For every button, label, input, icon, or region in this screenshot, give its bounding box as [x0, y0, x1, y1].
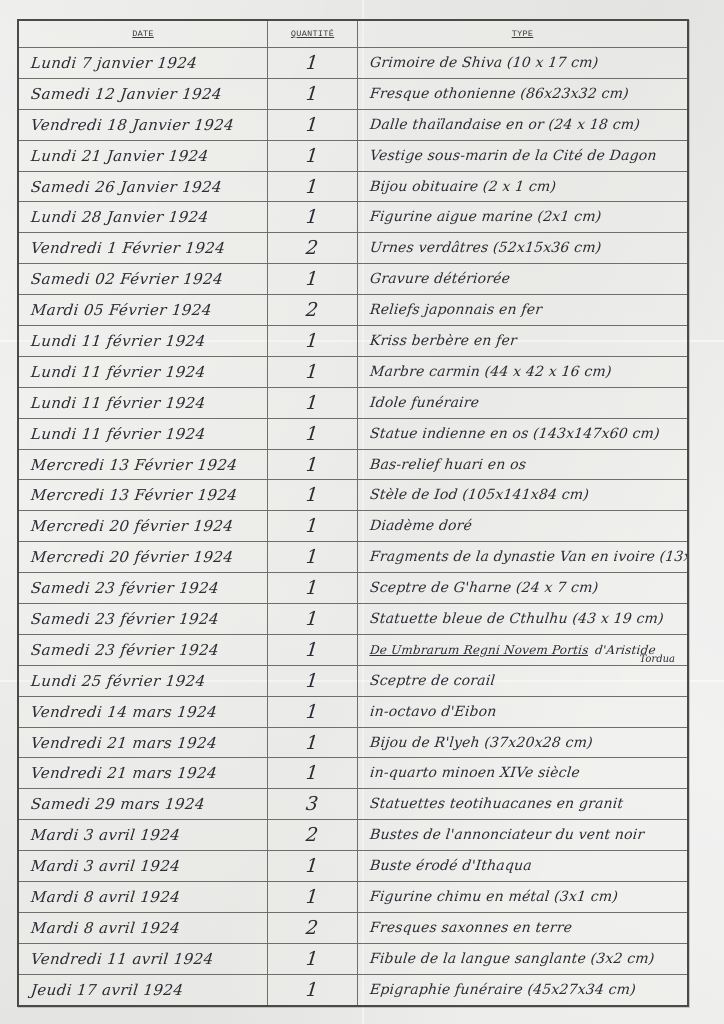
type-text: Epigraphie funéraire (45x27x34 cm): [369, 982, 637, 998]
date-text: Lundi 21 Janvier 1924: [30, 147, 209, 165]
date-text: Lundi 11 février 1924: [30, 363, 206, 381]
quantity-cell: 2: [268, 295, 358, 325]
quantity-text: 1: [305, 948, 319, 970]
quantity-text: 1: [305, 515, 319, 537]
type-cell: in-quarto minoen XIVe siècle: [358, 758, 687, 788]
type-cell: Dalle thaïlandaise en or (24 x 18 cm): [358, 110, 687, 140]
table-row: Samedi 26 Janvier 1924 1 Bijou obituaire…: [19, 171, 687, 202]
table-row: Mardi 3 avril 1924 1 Buste érodé d'Ithaq…: [19, 850, 687, 881]
table-row: Samedi 29 mars 1924 3 Statuettes teotihu…: [19, 788, 687, 819]
date-text: Mercredi 20 février 1924: [30, 548, 234, 566]
quantity-cell: 3: [268, 789, 358, 819]
date-cell: Vendredi 21 mars 1924: [19, 728, 268, 758]
quantity-text: 1: [305, 701, 319, 723]
quantity-cell: 1: [268, 666, 358, 696]
quantity-cell: 1: [268, 542, 358, 572]
date-text: Mardi 3 avril 1924: [30, 857, 181, 875]
type-text: Statuette bleue de Cthulhu (43 x 19 cm): [369, 611, 664, 627]
quantity-text: 1: [305, 330, 319, 352]
date-text: Vendredi 14 mars 1924: [30, 703, 218, 721]
table-row: Vendredi 11 avril 1924 1 Fibule de la la…: [19, 943, 687, 974]
type-text: Fresque othonienne (86x23x32 cm): [369, 86, 629, 102]
quantity-cell: 1: [268, 604, 358, 634]
table-row: Samedi 23 février 1924 1 Sceptre de G'ha…: [19, 572, 687, 603]
type-cell: Figurine aigue marine (2x1 cm): [358, 202, 687, 232]
date-text: Vendredi 21 mars 1924: [30, 734, 218, 752]
date-text: Mardi 8 avril 1924: [30, 919, 181, 937]
quantity-cell: 1: [268, 48, 358, 78]
type-cell: Epigraphie funéraire (45x27x34 cm): [358, 975, 687, 1005]
quantity-text: 1: [305, 979, 319, 1001]
quantity-text: 1: [305, 484, 319, 506]
type-cell: Idole funéraire: [358, 388, 687, 418]
type-text: Bas-relief huari en os: [369, 457, 527, 473]
date-cell: Mercredi 13 Février 1924: [19, 480, 268, 510]
table-row: Mercredi 13 Février 1924 1 Stèle de Iod …: [19, 479, 687, 510]
type-text: Bijou obituaire (2 x 1 cm): [369, 179, 557, 195]
quantity-text: 1: [305, 114, 319, 136]
table-row: Mardi 05 Février 1924 2 Reliefs japonnai…: [19, 294, 687, 325]
type-cell: Gravure détériorée: [358, 264, 687, 294]
quantity-text: 1: [305, 886, 319, 908]
quantity-cell: 1: [268, 758, 358, 788]
type-cell: Kriss berbère en fer: [358, 326, 687, 356]
date-text: Mardi 8 avril 1924: [30, 888, 181, 906]
quantity-text: 2: [305, 237, 319, 259]
quantity-text: 1: [305, 83, 319, 105]
type-cell: De Umbrarum Regni Novem Portis d'Aristid…: [358, 635, 687, 665]
type-text: Statuettes teotihuacanes en granit: [369, 796, 624, 812]
quantity-cell: 1: [268, 79, 358, 109]
table-row: Mardi 3 avril 1924 2 Bustes de l'annonci…: [19, 819, 687, 850]
date-cell: Samedi 26 Janvier 1924: [19, 172, 268, 202]
table-row: Mercredi 20 février 1924 1 Fragments de …: [19, 541, 687, 572]
date-cell: Mardi 05 Février 1924: [19, 295, 268, 325]
date-cell: Vendredi 1 Février 1924: [19, 233, 268, 263]
type-text: Idole funéraire: [369, 395, 480, 411]
date-cell: Samedi 02 Février 1924: [19, 264, 268, 294]
type-cell: Diadème doré: [358, 511, 687, 541]
type-text: in-octavo d'Eibon: [369, 704, 497, 720]
type-cell: Marbre carmin (44 x 42 x 16 cm): [358, 357, 687, 387]
type-cell: Bas-relief huari en os: [358, 450, 687, 480]
type-text: Sceptre de corail: [369, 673, 496, 689]
type-cell: Bijou de R'lyeh (37x20x28 cm): [358, 728, 687, 758]
quantity-text: 1: [305, 145, 319, 167]
quantity-text: 2: [305, 917, 319, 939]
type-cell: Fresques saxonnes en terre: [358, 913, 687, 943]
quantity-cell: 1: [268, 573, 358, 603]
quantity-cell: 2: [268, 913, 358, 943]
quantity-cell: 1: [268, 697, 358, 727]
quantity-text: 1: [305, 670, 319, 692]
type-cell: Stèle de Iod (105x141x84 cm): [358, 480, 687, 510]
type-text: Fibule de la langue sanglante (3x2 cm): [369, 951, 655, 967]
table-row: Mercredi 20 février 1924 1 Diadème doré: [19, 510, 687, 541]
quantity-cell: 1: [268, 202, 358, 232]
type-cell: Fragments de la dynastie Van en ivoire (…: [358, 542, 687, 572]
table-row: Lundi 11 février 1924 1 Kriss berbère en…: [19, 325, 687, 356]
type-text: Fragments de la dynastie Van en ivoire (…: [369, 549, 687, 565]
table-row: Lundi 11 février 1924 1 Statue indienne …: [19, 418, 687, 449]
date-text: Samedi 29 mars 1924: [30, 795, 206, 813]
date-text: Lundi 7 janvier 1924: [30, 54, 198, 72]
type-text: Figurine chimu en métal (3x1 cm): [369, 889, 619, 905]
table-row: Lundi 7 janvier 1924 1 Grimoire de Shiva…: [19, 47, 687, 78]
date-cell: Vendredi 18 Janvier 1924: [19, 110, 268, 140]
type-text: Buste érodé d'Ithaqua: [369, 858, 532, 874]
quantity-cell: 2: [268, 233, 358, 263]
type-text: Grimoire de Shiva (10 x 17 cm): [369, 55, 599, 71]
quantity-text: 1: [305, 639, 319, 661]
column-header-type: TYPE: [358, 21, 687, 47]
table-row: Lundi 28 Janvier 1924 1 Figurine aigue m…: [19, 201, 687, 232]
type-cell: Bijou obituaire (2 x 1 cm): [358, 172, 687, 202]
quantity-cell: 1: [268, 851, 358, 881]
type-text: Statue indienne en os (143x147x60 cm): [369, 426, 660, 442]
date-cell: Lundi 11 février 1924: [19, 326, 268, 356]
type-cell: in-octavo d'Eibon: [358, 697, 687, 727]
date-cell: Lundi 11 février 1924: [19, 419, 268, 449]
type-cell: Reliefs japonnais en fer: [358, 295, 687, 325]
inventory-table: DATE QUANTITÉ TYPE Lundi 7 janvier 1924 …: [17, 19, 689, 1007]
date-cell: Vendredi 21 mars 1924: [19, 758, 268, 788]
date-text: Lundi 25 février 1924: [30, 672, 206, 690]
quantity-cell: 1: [268, 882, 358, 912]
type-cell: Urnes verdâtres (52x15x36 cm): [358, 233, 687, 263]
quantity-cell: 1: [268, 326, 358, 356]
table-row: Mardi 8 avril 1924 2 Fresques saxonnes e…: [19, 912, 687, 943]
table-row: Jeudi 17 avril 1924 1 Epigraphie funérai…: [19, 974, 687, 1005]
table-row: Vendredi 21 mars 1924 1 Bijou de R'lyeh …: [19, 727, 687, 758]
table-row: Vendredi 21 mars 1924 1 in-quarto minoen…: [19, 757, 687, 788]
type-cell: Bustes de l'annonciateur du vent noir: [358, 820, 687, 850]
quantity-cell: 1: [268, 264, 358, 294]
type-cell: Fresque othonienne (86x23x32 cm): [358, 79, 687, 109]
quantity-text: 1: [305, 608, 319, 630]
column-header-quantity: QUANTITÉ: [268, 21, 358, 47]
date-text: Samedi 26 Janvier 1924: [30, 178, 223, 196]
type-text: Vestige sous-marin de la Cité de Dagon: [369, 148, 657, 164]
quantity-text: 1: [305, 855, 319, 877]
quantity-cell: 1: [268, 357, 358, 387]
date-cell: Vendredi 11 avril 1924: [19, 944, 268, 974]
type-cell: Statuettes teotihuacanes en granit: [358, 789, 687, 819]
type-text: Fresques saxonnes en terre: [369, 920, 573, 936]
type-text: in-quarto minoen XIVe siècle: [369, 765, 581, 781]
quantity-cell: 1: [268, 635, 358, 665]
type-cell: Fibule de la langue sanglante (3x2 cm): [358, 944, 687, 974]
table-row: Mardi 8 avril 1924 1 Figurine chimu en m…: [19, 881, 687, 912]
date-text: Mercredi 13 Février 1924: [30, 456, 238, 474]
date-text: Vendredi 18 Janvier 1924: [30, 116, 235, 134]
quantity-text: 1: [305, 454, 319, 476]
quantity-cell: 1: [268, 110, 358, 140]
type-cell: Figurine chimu en métal (3x1 cm): [358, 882, 687, 912]
type-text: Marbre carmin (44 x 42 x 16 cm): [369, 364, 612, 380]
date-text: Vendredi 11 avril 1924: [30, 950, 214, 968]
table-row: Vendredi 14 mars 1924 1 in-octavo d'Eibo…: [19, 696, 687, 727]
quantity-text: 1: [305, 732, 319, 754]
date-cell: Samedi 29 mars 1924: [19, 789, 268, 819]
table-row: Samedi 12 Janvier 1924 1 Fresque othonie…: [19, 78, 687, 109]
date-cell: Mercredi 20 février 1924: [19, 511, 268, 541]
table-header: DATE QUANTITÉ TYPE: [19, 21, 687, 47]
type-text: De Umbrarum Regni Novem Portis: [369, 643, 589, 657]
table-row: Vendredi 18 Janvier 1924 1 Dalle thaïlan…: [19, 109, 687, 140]
date-cell: Vendredi 14 mars 1924: [19, 697, 268, 727]
date-cell: Lundi 7 janvier 1924: [19, 48, 268, 78]
date-cell: Samedi 23 février 1924: [19, 573, 268, 603]
quantity-text: 3: [305, 793, 319, 815]
quantity-text: 1: [305, 361, 319, 383]
type-text: Sceptre de G'harne (24 x 7 cm): [369, 580, 599, 596]
type-text: Kriss berbère en fer: [369, 333, 518, 349]
quantity-text: 1: [305, 206, 319, 228]
date-text: Samedi 23 février 1924: [30, 579, 220, 597]
date-text: Mardi 3 avril 1924: [30, 826, 181, 844]
date-text: Vendredi 1 Février 1924: [30, 239, 226, 257]
column-header-date: DATE: [19, 21, 268, 47]
type-text: Diadème doré: [369, 518, 473, 534]
date-text: Lundi 11 février 1924: [30, 332, 206, 350]
date-text: Lundi 11 février 1924: [30, 394, 206, 412]
date-cell: Mardi 3 avril 1924: [19, 820, 268, 850]
type-text: Urnes verdâtres (52x15x36 cm): [369, 240, 602, 256]
date-cell: Mardi 8 avril 1924: [19, 882, 268, 912]
type-cell: Sceptre de G'harne (24 x 7 cm): [358, 573, 687, 603]
quantity-text: 1: [305, 423, 319, 445]
date-text: Lundi 28 Janvier 1924: [30, 208, 209, 226]
type-cell: Sceptre de corail: [358, 666, 687, 696]
type-text: Gravure détériorée: [369, 271, 511, 287]
type-text: Figurine aigue marine (2x1 cm): [369, 209, 602, 225]
date-text: Samedi 23 février 1924: [30, 610, 220, 628]
type-text: Dalle thaïlandaise en or (24 x 18 cm): [369, 117, 641, 133]
date-text: Vendredi 21 mars 1924: [30, 764, 218, 782]
table-row: Lundi 21 Janvier 1924 1 Vestige sous-mar…: [19, 140, 687, 171]
table-row: Mercredi 13 Février 1924 1 Bas-relief hu…: [19, 449, 687, 480]
date-text: Samedi 23 février 1924: [30, 641, 220, 659]
type-cell: Vestige sous-marin de la Cité de Dagon: [358, 141, 687, 171]
type-text: Reliefs japonnais en fer: [369, 302, 543, 318]
type-text: Bijou de R'lyeh (37x20x28 cm): [369, 735, 593, 751]
quantity-text: 2: [305, 299, 319, 321]
date-cell: Jeudi 17 avril 1924: [19, 975, 268, 1005]
table-row: Lundi 25 février 1924 1 Sceptre de corai…: [19, 665, 687, 696]
date-cell: Lundi 25 février 1924: [19, 666, 268, 696]
type-text: Stèle de Iod (105x141x84 cm): [369, 487, 590, 503]
date-text: Mardi 05 Février 1924: [30, 301, 213, 319]
table-row: Vendredi 1 Février 1924 2 Urnes verdâtre…: [19, 232, 687, 263]
date-cell: Lundi 21 Janvier 1924: [19, 141, 268, 171]
quantity-cell: 1: [268, 975, 358, 1005]
type-note-text: Tordua: [640, 654, 676, 665]
date-text: Jeudi 17 avril 1924: [30, 981, 184, 999]
date-cell: Lundi 11 février 1924: [19, 388, 268, 418]
table-row: Samedi 23 février 1924 1 De Umbrarum Reg…: [19, 634, 687, 665]
date-cell: Mardi 3 avril 1924: [19, 851, 268, 881]
quantity-cell: 1: [268, 944, 358, 974]
type-cell: Grimoire de Shiva (10 x 17 cm): [358, 48, 687, 78]
date-text: Lundi 11 février 1924: [30, 425, 206, 443]
quantity-text: 1: [305, 52, 319, 74]
date-cell: Lundi 11 février 1924: [19, 357, 268, 387]
quantity-cell: 1: [268, 450, 358, 480]
date-text: Mercredi 20 février 1924: [30, 517, 234, 535]
table-row: Samedi 02 Février 1924 1 Gravure détério…: [19, 263, 687, 294]
date-cell: Lundi 28 Janvier 1924: [19, 202, 268, 232]
date-cell: Samedi 12 Janvier 1924: [19, 79, 268, 109]
type-cell: Statuette bleue de Cthulhu (43 x 19 cm): [358, 604, 687, 634]
date-text: Samedi 12 Janvier 1924: [30, 85, 223, 103]
quantity-text: 1: [305, 577, 319, 599]
quantity-cell: 2: [268, 820, 358, 850]
quantity-text: 1: [305, 268, 319, 290]
table-row: Samedi 23 février 1924 1 Statuette bleue…: [19, 603, 687, 634]
quantity-text: 1: [305, 762, 319, 784]
table-row: Lundi 11 février 1924 1 Idole funéraire: [19, 387, 687, 418]
quantity-cell: 1: [268, 728, 358, 758]
date-text: Mercredi 13 Février 1924: [30, 486, 238, 504]
quantity-cell: 1: [268, 480, 358, 510]
quantity-text: 2: [305, 824, 319, 846]
date-cell: Mardi 8 avril 1924: [19, 913, 268, 943]
table-body: Lundi 7 janvier 1924 1 Grimoire de Shiva…: [19, 47, 687, 1005]
quantity-text: 1: [305, 176, 319, 198]
date-text: Samedi 02 Février 1924: [30, 270, 224, 288]
table-row: Lundi 11 février 1924 1 Marbre carmin (4…: [19, 356, 687, 387]
date-cell: Samedi 23 février 1924: [19, 635, 268, 665]
quantity-cell: 1: [268, 388, 358, 418]
quantity-cell: 1: [268, 419, 358, 449]
type-cell: Statue indienne en os (143x147x60 cm): [358, 419, 687, 449]
quantity-text: 1: [305, 546, 319, 568]
quantity-text: 1: [305, 392, 319, 414]
quantity-cell: 1: [268, 511, 358, 541]
type-cell: Buste érodé d'Ithaqua: [358, 851, 687, 881]
quantity-cell: 1: [268, 172, 358, 202]
date-cell: Samedi 23 février 1924: [19, 604, 268, 634]
type-text: Bustes de l'annonciateur du vent noir: [369, 827, 645, 843]
date-cell: Mercredi 13 Février 1924: [19, 450, 268, 480]
quantity-cell: 1: [268, 141, 358, 171]
date-cell: Mercredi 20 février 1924: [19, 542, 268, 572]
